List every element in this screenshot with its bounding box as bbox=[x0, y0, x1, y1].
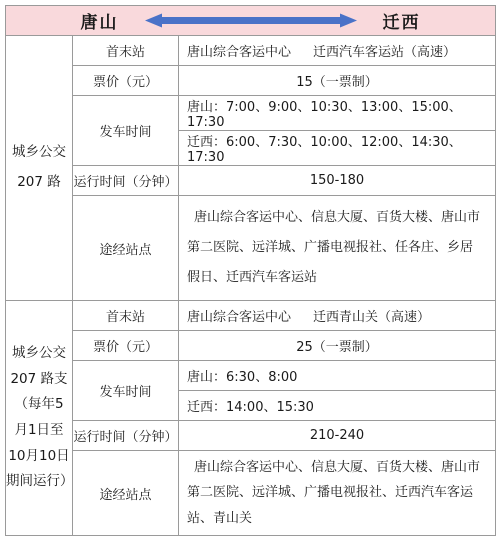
value-fare: 25（一票制） bbox=[179, 331, 496, 361]
value-fare: 15（一票制） bbox=[179, 66, 496, 96]
table-row: 发车时间 唐山：6:30、8:00 bbox=[6, 361, 496, 391]
bus-route-table: 唐山 迁西 城乡公交 207 路 首末站 唐山综合客运中心迁西汽车客运站（高速）… bbox=[5, 5, 496, 536]
route-direction-header: 唐山 迁西 bbox=[6, 6, 496, 36]
value-departures-tangshan: 唐山：7:00、9:00、10:30、13:00、15:00、17:30 bbox=[179, 96, 496, 131]
table-row: 票价（元） 25（一票制） bbox=[6, 331, 496, 361]
terminal-to: 迁西青山关（高速） bbox=[313, 310, 430, 325]
table-row: 运行时间（分钟） 150-180 bbox=[6, 166, 496, 196]
table-row: 城乡公交 207 路支 （每年5 月1日至 10月10日 期间运行） 首末站 唐… bbox=[6, 301, 496, 331]
route-line: 10月10日 bbox=[8, 448, 69, 466]
value-duration: 150-180 bbox=[179, 166, 496, 196]
route-line: 期间运行） bbox=[6, 473, 72, 491]
route-line: 城乡公交 bbox=[12, 144, 66, 162]
route-line: 207 路 bbox=[17, 174, 61, 192]
route-line: （每年5 bbox=[14, 396, 63, 414]
route-name-207: 城乡公交 207 路 bbox=[6, 36, 73, 301]
value-duration: 210-240 bbox=[179, 421, 496, 451]
route-line: 207 路支 bbox=[10, 371, 67, 389]
label-departure-time: 发车时间 bbox=[73, 96, 179, 166]
value-first-last-station: 唐山综合客运中心迁西汽车客运站（高速） bbox=[179, 36, 496, 66]
terminal-left-label: 唐山 bbox=[81, 8, 119, 33]
label-duration: 运行时间（分钟） bbox=[73, 166, 179, 196]
value-stops: 唐山综合客运中心、信息大厦、百货大楼、唐山市第二医院、远洋城、广播电视报社、迁西… bbox=[179, 451, 496, 536]
label-stops: 途经站点 bbox=[73, 451, 179, 536]
terminal-to: 迁西汽车客运站（高速） bbox=[313, 45, 456, 60]
route-name-207-branch: 城乡公交 207 路支 （每年5 月1日至 10月10日 期间运行） bbox=[6, 301, 73, 536]
table-row: 发车时间 唐山：7:00、9:00、10:30、13:00、15:00、17:3… bbox=[6, 96, 496, 131]
route-line: 月1日至 bbox=[14, 422, 63, 440]
label-fare: 票价（元） bbox=[73, 331, 179, 361]
label-duration: 运行时间（分钟） bbox=[73, 421, 179, 451]
value-departures-tangshan: 唐山：6:30、8:00 bbox=[179, 361, 496, 391]
label-departure-time: 发车时间 bbox=[73, 361, 179, 421]
terminal-from: 唐山综合客运中心 bbox=[187, 45, 291, 60]
terminal-right-label: 迁西 bbox=[383, 8, 421, 33]
value-departures-qianxi: 迁西：14:00、15:30 bbox=[179, 391, 496, 421]
route-line: 城乡公交 bbox=[12, 345, 66, 363]
double-arrow-icon bbox=[145, 13, 357, 28]
label-stops: 途经站点 bbox=[73, 196, 179, 301]
table-header-row: 唐山 迁西 bbox=[6, 6, 496, 36]
terminal-from: 唐山综合客运中心 bbox=[187, 310, 291, 325]
table-row: 票价（元） 15（一票制） bbox=[6, 66, 496, 96]
table-row: 城乡公交 207 路 首末站 唐山综合客运中心迁西汽车客运站（高速） bbox=[6, 36, 496, 66]
label-first-last-station: 首末站 bbox=[73, 301, 179, 331]
label-fare: 票价（元） bbox=[73, 66, 179, 96]
value-stops: 唐山综合客运中心、信息大厦、百货大楼、唐山市第二医院、远洋城、广播电视报社、任各… bbox=[179, 196, 496, 301]
value-departures-qianxi: 迁西：6:00、7:30、10:00、12:00、14:30、17:30 bbox=[179, 131, 496, 166]
table-row: 途经站点 唐山综合客运中心、信息大厦、百货大楼、唐山市第二医院、远洋城、广播电视… bbox=[6, 451, 496, 536]
table-row: 途经站点 唐山综合客运中心、信息大厦、百货大楼、唐山市第二医院、远洋城、广播电视… bbox=[6, 196, 496, 301]
table-row: 运行时间（分钟） 210-240 bbox=[6, 421, 496, 451]
value-first-last-station: 唐山综合客运中心迁西青山关（高速） bbox=[179, 301, 496, 331]
label-first-last-station: 首末站 bbox=[73, 36, 179, 66]
